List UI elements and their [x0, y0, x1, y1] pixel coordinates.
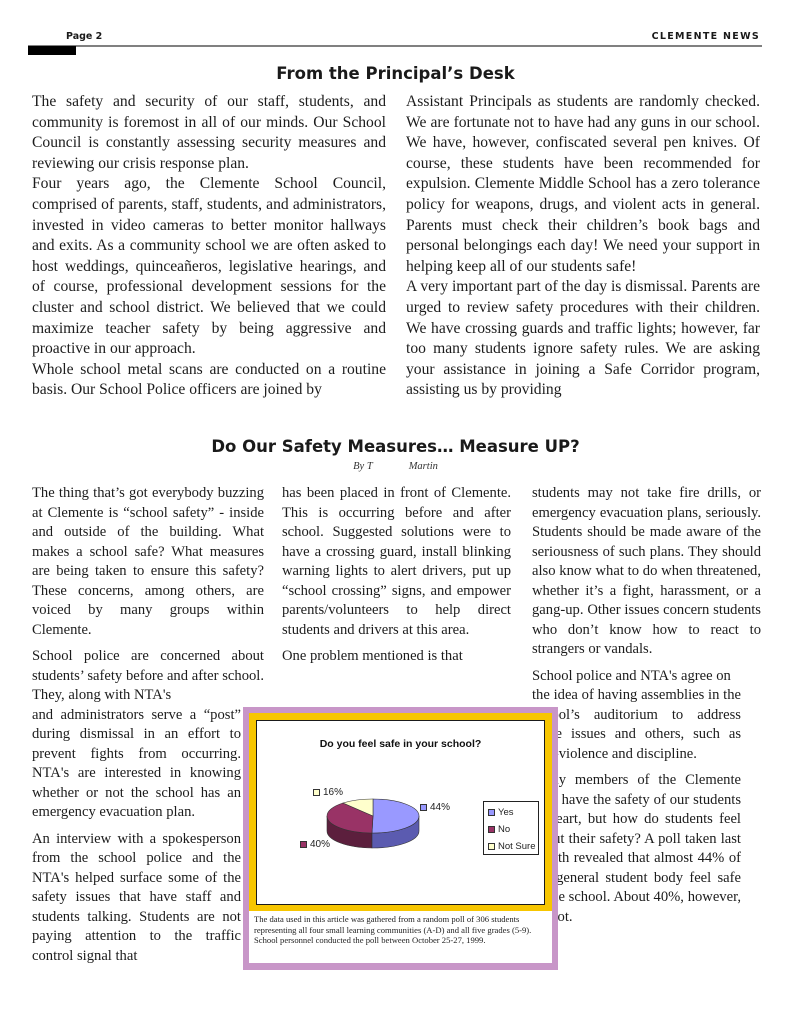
article2-column-3: students may not take fire drills, or em…: [532, 484, 761, 927]
legend-item-no: No: [488, 821, 538, 838]
publication-name: CLEMENTE NEWS: [652, 31, 760, 42]
article1-right-column: Assistant Principals as students are ran…: [406, 92, 760, 401]
not-sure-swatch-icon: [313, 789, 320, 796]
chart-frame: Do you feel safe in your school? 16% 44%: [249, 713, 552, 911]
byline-prefix: By T: [353, 461, 373, 472]
article2-paragraph: One problem mentioned is that: [282, 647, 511, 667]
pie-label-not-sure: 16%: [313, 787, 343, 798]
article2-paragraph: School police are concerned about studen…: [32, 647, 264, 706]
legend-item-not-sure: Not Sure: [488, 838, 538, 855]
legend-item-yes: Yes: [488, 804, 538, 821]
chart-caption-box: The data used in this article was gather…: [249, 911, 552, 963]
no-swatch-icon: [300, 841, 307, 848]
article1-paragraph: Whole school metal scans are conducted o…: [32, 360, 386, 401]
article2-paragraph: An interview with a spokesperson from th…: [32, 830, 241, 967]
article2-paragraph: students may not take fire drills, or em…: [532, 484, 761, 660]
no-swatch-icon: [488, 826, 495, 833]
article2-column-1: The thing that’s got everybody buzzing a…: [32, 484, 264, 966]
article2-paragraph: School police and NTA's agree on: [532, 667, 761, 687]
article1-paragraph: A very important part of the day is dism…: [406, 277, 760, 401]
article2-paragraph-wrapped: and administrators serve a “post” during…: [32, 706, 241, 823]
chart-caption: The data used in this article was gather…: [254, 914, 550, 946]
page-number: Page 2: [66, 31, 102, 42]
article2-column-2: has been placed in front of Clemente. Th…: [282, 484, 511, 667]
article1-paragraph: Assistant Principals as students are ran…: [406, 92, 760, 277]
article1-left-column: The safety and security of our staff, st…: [32, 92, 386, 401]
article2-paragraph: has been placed in front of Clemente. Th…: [282, 484, 511, 640]
pie-label-no: 40%: [300, 839, 330, 850]
article1-title: From the Principal’s Desk: [0, 64, 791, 83]
article2-paragraph: The thing that’s got everybody buzzing a…: [32, 484, 264, 640]
chart-legend: Yes No Not Sure: [483, 801, 539, 855]
article2-paragraph-wrapped: the idea of having assemblies in the sch…: [532, 686, 741, 764]
article1-paragraph: The safety and security of our staff, st…: [32, 92, 386, 174]
not-sure-swatch-icon: [488, 843, 495, 850]
pie-label-yes: 44%: [420, 802, 450, 813]
header-rule: [28, 45, 762, 47]
paragraph-fragment: School police are concerned about studen…: [32, 648, 264, 703]
byline: By TMartin: [0, 461, 791, 472]
pie-chart: Do you feel safe in your school? 16% 44%: [256, 720, 545, 905]
header-block-accent: [28, 46, 76, 55]
yes-swatch-icon: [420, 804, 427, 811]
byline-author-surname: Martin: [409, 461, 438, 472]
yes-swatch-icon: [488, 809, 495, 816]
poll-chart-callout: Do you feel safe in your school? 16% 44%: [243, 707, 558, 970]
article2-title: Do Our Safety Measures… Measure UP?: [0, 437, 791, 456]
article2-paragraph: Many members of the Clemente staff have …: [532, 771, 741, 927]
article1-paragraph: Four years ago, the Clemente School Coun…: [32, 174, 386, 359]
